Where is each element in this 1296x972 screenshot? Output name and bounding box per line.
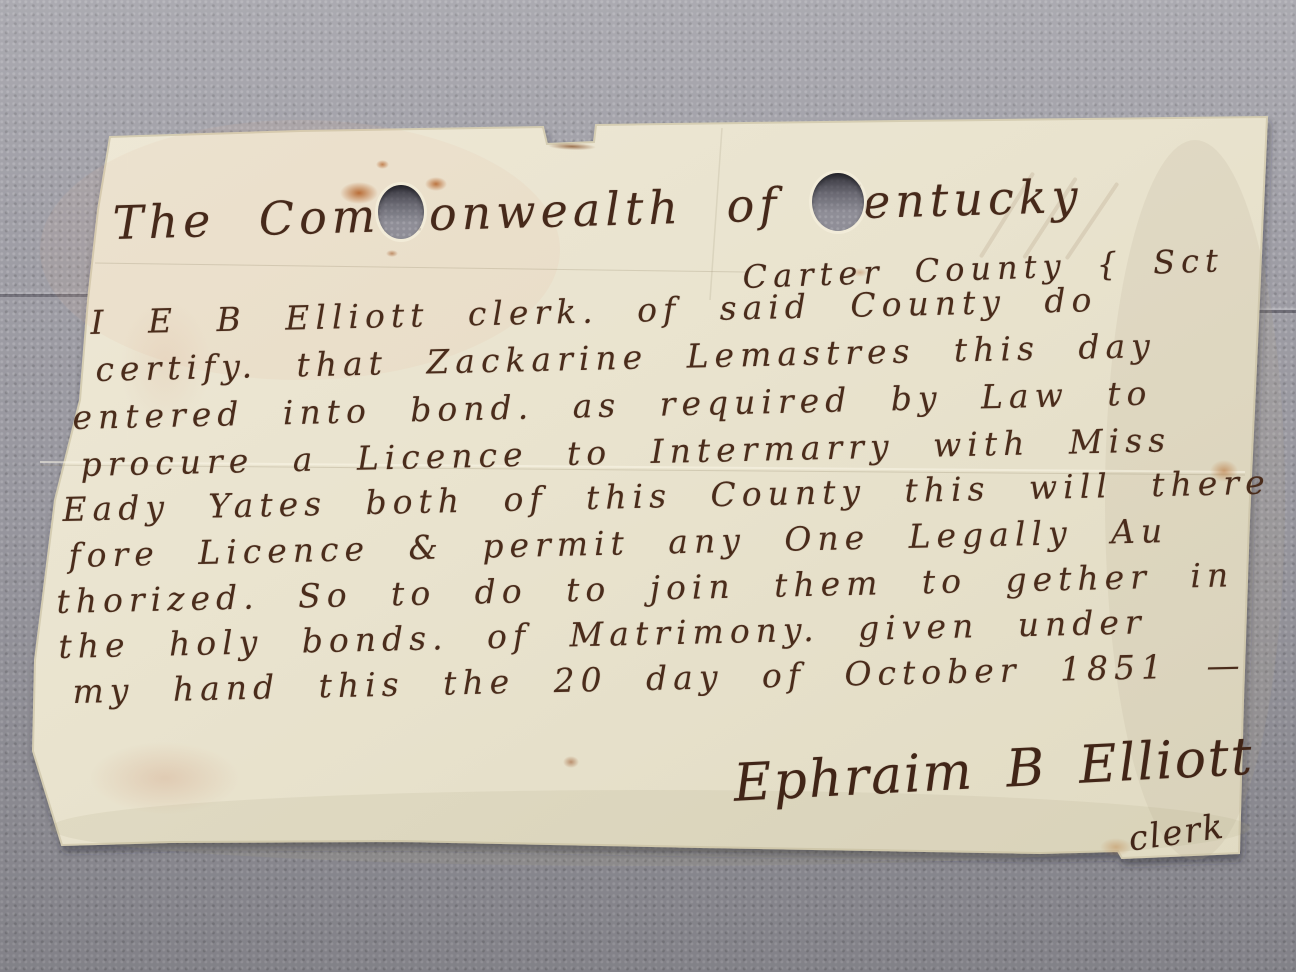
punch-hole-left: [378, 185, 424, 239]
photo-of-document: The Commonwealth of Kentucky Carter Coun…: [0, 0, 1296, 972]
punch-hole-right: [812, 173, 864, 231]
paper-bottom-shading: [50, 790, 1250, 866]
